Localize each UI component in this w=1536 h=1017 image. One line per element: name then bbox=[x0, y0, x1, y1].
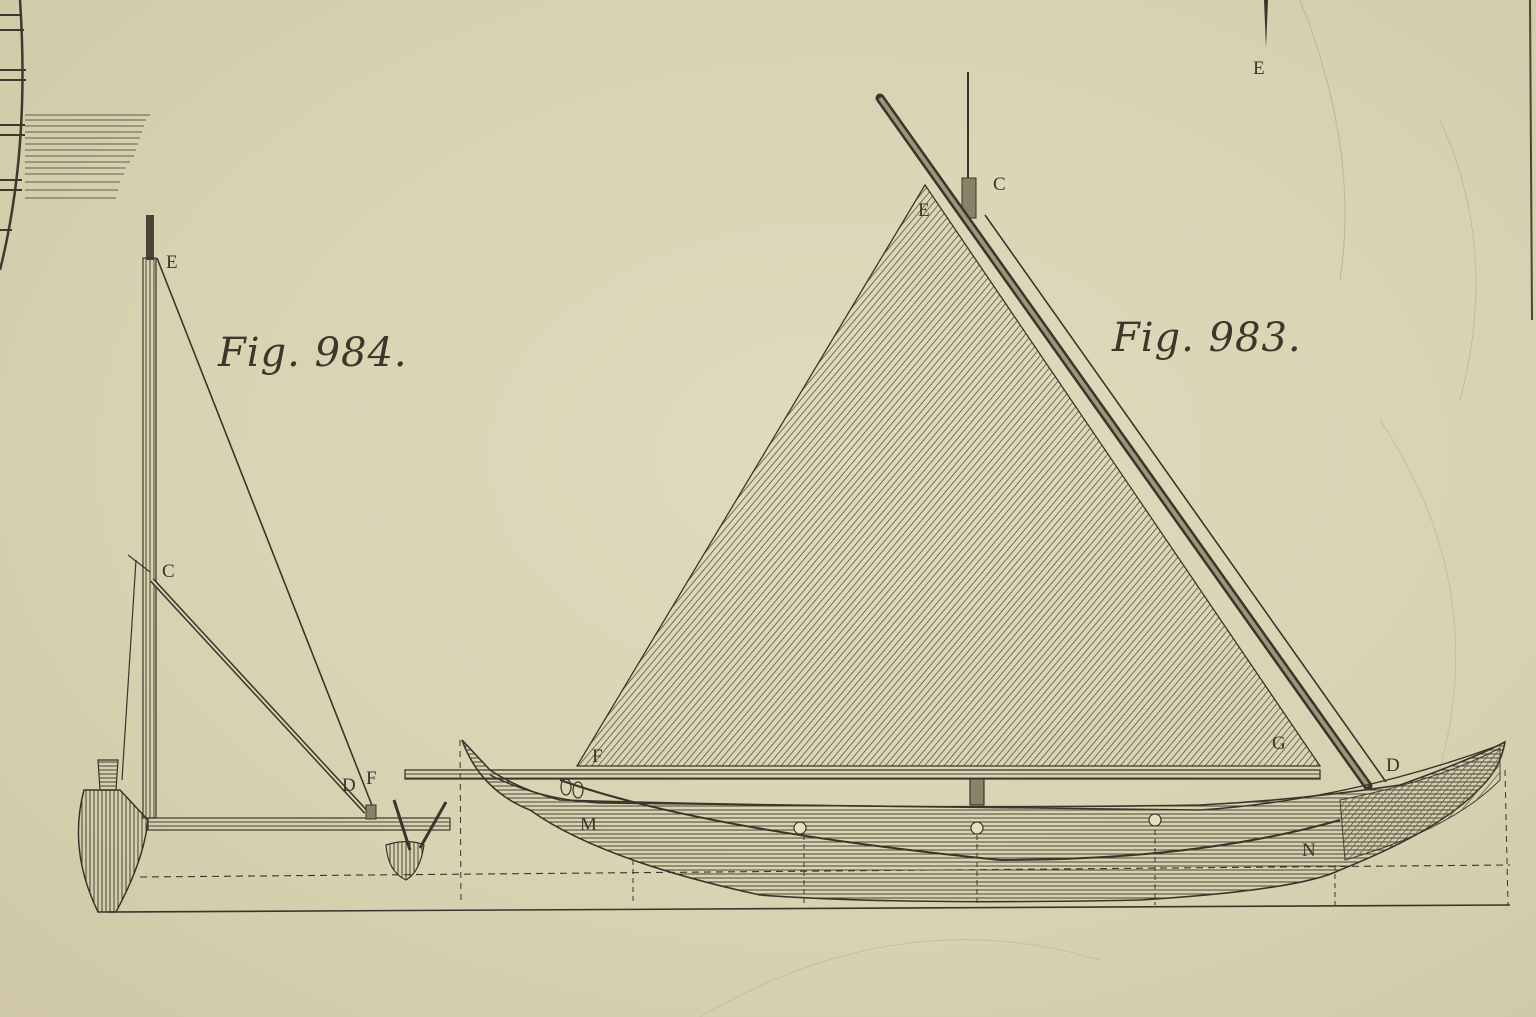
figure-984-drawing bbox=[78, 215, 450, 912]
fig983-point-m: M bbox=[580, 814, 597, 836]
fig983-point-g: G bbox=[1272, 733, 1286, 755]
fig983-point-c: C bbox=[993, 174, 1006, 196]
fig983-point-e: E bbox=[918, 200, 930, 222]
figure-983-caption: Fig. 983. bbox=[1112, 315, 1302, 361]
fig984-point-c: C bbox=[162, 561, 175, 583]
fig983-point-n: N bbox=[1302, 840, 1316, 862]
fig983-point-d: D bbox=[1386, 755, 1400, 777]
plate-drawing bbox=[0, 0, 1536, 1017]
figure-983-drawing bbox=[405, 72, 1505, 902]
fig984-point-e: E bbox=[166, 252, 178, 274]
top-right-needle bbox=[1264, 0, 1532, 400]
top-right-point-e: E bbox=[1253, 58, 1265, 80]
fig984-point-f: F bbox=[366, 768, 377, 790]
fig983-point-f: F bbox=[592, 746, 603, 768]
partial-wheel-fragment bbox=[0, 0, 150, 270]
engraved-plate: Fig. 984. Fig. 983. E C D F C E F G D M … bbox=[0, 0, 1536, 1017]
fig984-point-d: D bbox=[342, 775, 356, 797]
figure-984-caption: Fig. 984. bbox=[218, 330, 408, 376]
